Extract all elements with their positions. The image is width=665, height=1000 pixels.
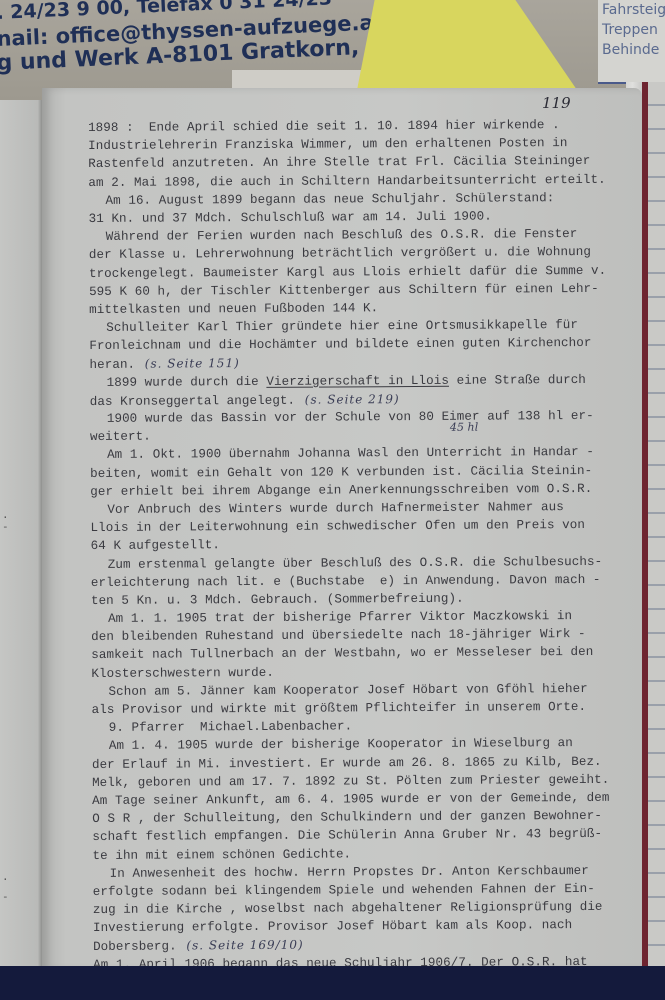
left-margin-mark: - bbox=[2, 890, 9, 903]
left-margin-mark: . bbox=[2, 870, 9, 883]
handwritten-annotation: (s. Seite 151) bbox=[135, 357, 240, 372]
handwritten-annotation: (s. Seite 169/10) bbox=[177, 938, 304, 953]
page-number: 119 bbox=[542, 94, 571, 112]
underlined-phrase: Vierzigerschaft in Llois bbox=[266, 373, 449, 388]
document-page: 119 1898 : Ende April schied die seit 1.… bbox=[42, 88, 642, 970]
right-brochure: Fahrsteig Treppen Behinde bbox=[598, 0, 665, 84]
typewritten-text: 1898 : Ende April schied die seit 1. 10.… bbox=[88, 116, 653, 974]
handwritten-annotation: (s. Seite 219) bbox=[295, 392, 400, 407]
left-margin-mark: - bbox=[2, 520, 9, 533]
brochure-line: Treppen bbox=[598, 20, 665, 40]
brochure-line: Fahrsteig bbox=[598, 0, 665, 20]
brochure-line: Behinde bbox=[598, 40, 665, 60]
paper-tab bbox=[232, 70, 362, 90]
book-cover-bottom bbox=[0, 966, 665, 1000]
left-page: . - . - bbox=[0, 100, 42, 970]
